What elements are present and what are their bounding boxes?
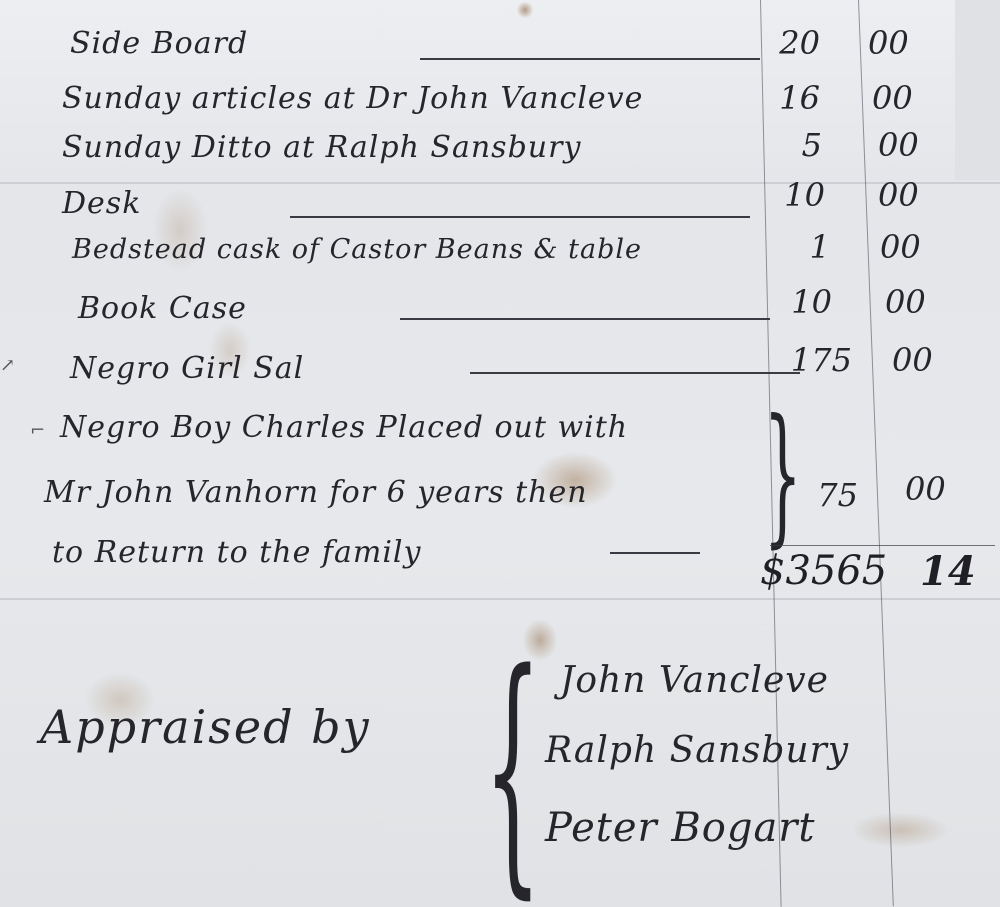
paper-fold <box>0 598 1000 600</box>
item-cents: 00 <box>878 126 968 164</box>
item-cents: 00 <box>880 228 970 266</box>
inventory-row: Sunday articles at Dr John Vancleve 16 0… <box>0 75 1000 125</box>
margin-mark: ↗ <box>0 355 15 376</box>
appraised-by-label: Appraised by <box>40 700 371 754</box>
inventory-row: Side Board 20 00 <box>0 20 1000 70</box>
item-description: Desk <box>62 186 141 221</box>
inventory-row: ↗ Negro Girl Sal 175 00 <box>0 345 1000 395</box>
item-cents: 00 <box>868 24 958 62</box>
inventory-row: Desk 10 00 <box>0 178 1000 228</box>
item-description: Side Board <box>70 26 248 61</box>
appraiser-signature: Ralph Sansbury <box>545 730 849 771</box>
item-dollars: 5 <box>742 126 822 164</box>
item-dollars: 75 <box>778 476 858 514</box>
grouping-brace: } <box>764 400 802 550</box>
item-description: Book Case <box>78 291 247 326</box>
total-cents: 14 <box>920 548 976 595</box>
item-dollars: 10 <box>745 176 825 214</box>
item-description-line: Negro Boy Charles Placed out with <box>60 410 628 445</box>
leader-line <box>470 372 800 374</box>
inventory-row: Bedstead cask of Castor Beans & table 1 … <box>0 228 1000 278</box>
appraiser-signature: Peter Bogart <box>545 805 816 851</box>
item-description: Bedstead cask of Castor Beans & table <box>72 234 642 265</box>
item-description: Negro Girl Sal <box>70 351 304 386</box>
total-dollars: $3565 <box>760 548 887 594</box>
item-dollars: 175 <box>772 341 852 379</box>
total-rule <box>770 545 995 546</box>
item-dollars: 20 <box>740 24 820 62</box>
leader-line <box>610 552 700 554</box>
item-dollars: 10 <box>752 283 832 321</box>
item-cents: 00 <box>892 341 982 379</box>
margin-mark: ⌐ <box>30 420 45 441</box>
item-cents: 00 <box>905 470 995 508</box>
inventory-row: Sunday Ditto at Ralph Sansbury 5 00 <box>0 122 1000 172</box>
item-cents: 00 <box>872 79 962 117</box>
appraiser-signature: John Vancleve <box>560 660 829 701</box>
leader-line <box>290 216 750 218</box>
item-dollars: 1 <box>750 228 830 266</box>
item-description: Sunday articles at Dr John Vancleve <box>62 81 643 116</box>
item-cents: 00 <box>885 283 975 321</box>
item-description: Sunday Ditto at Ralph Sansbury <box>62 130 581 165</box>
item-description-line: Mr John Vanhorn for 6 years then <box>44 475 588 510</box>
signature-brace: { <box>484 640 542 900</box>
inventory-row: Book Case 10 00 <box>0 285 1000 335</box>
leader-line <box>420 58 760 60</box>
leader-line <box>400 318 770 320</box>
item-dollars: 16 <box>740 79 820 117</box>
item-cents: 00 <box>878 176 968 214</box>
item-description-line: to Return to the family <box>52 535 421 570</box>
